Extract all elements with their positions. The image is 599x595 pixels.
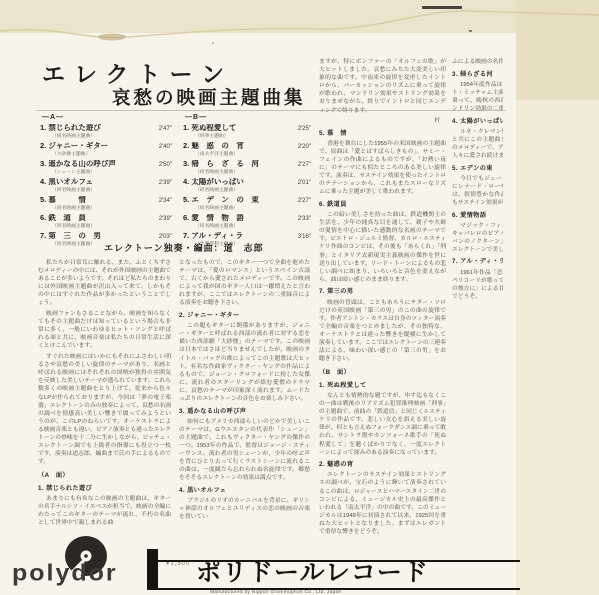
liner-notes-column-1: 私たちが日常耳に触れる、また、ふとくちずさむメロディーの中には、それが外国映画の… <box>38 259 171 545</box>
track-source: （南太平洋主題曲） <box>195 152 311 158</box>
track-source: （同名映画主題曲） <box>195 224 311 230</box>
ink-dash-mark <box>422 6 462 9</box>
track-source: （同名映画主題曲） <box>195 170 311 176</box>
track-title: 3. 遥かなる山の呼び声 <box>40 160 116 169</box>
track-time: 2'39" <box>159 178 172 188</box>
notes-paragraph: 映画ファンもさることながら、映画を知らなくてもその主題曲だけは知っているという場… <box>38 310 171 350</box>
clipped-text-block: ふによる映画の名作のテーマです。 3. 帰らざる河 1954年度作品はマリリン・… <box>452 58 503 301</box>
paper-speck <box>212 42 214 44</box>
performer-credit: エレクトーン独奏・編曲：道 志郎 <box>104 241 264 254</box>
track-row: 1. 禁じられた遊び2'47" （同名映画主題曲） <box>40 124 172 140</box>
track-source: （同名映画主題曲） <box>195 188 311 194</box>
notes-track-heading: 7. アル・ディ・ラ <box>452 258 503 266</box>
track-title: 4. 太陽がいっぱい <box>183 178 244 187</box>
liner-notes-column-2: となったもので、このギター一つで全曲を進めたテーマは、「愛のロマンス」というスペ… <box>179 259 310 559</box>
notes-track-heading: 5. エデンの東 <box>452 165 503 173</box>
notes-paragraph: 香港を舞台にした1955年の米国映画の主題曲で、原曲は「愛とはすばらしきもの」。… <box>319 140 446 197</box>
track-source: （同名映画主題曲） <box>52 206 172 212</box>
notes-side-heading: （A 面） <box>38 472 171 480</box>
track-title: 5. 慕 情 <box>40 196 86 205</box>
notes-paragraph: 1961年作品「恋愛専科」の中で、エミリオ・ペリコーリが歌って大ヒット。中に綴ら… <box>452 269 503 301</box>
track-title: 2. ジャニー・ギター <box>40 142 108 151</box>
notes-track-heading: 7. 第三の男 <box>319 288 446 296</box>
notes-track-heading: 1. 禁じられた遊び <box>38 485 171 493</box>
track-time: 2'01" <box>298 178 311 188</box>
notes-paragraph: となったもので、このギター一つで全曲を進めたテーマは、「愛のロマンス」というスペ… <box>179 259 310 308</box>
track-row: 4. 太陽がいっぱい2'01" （同名映画主題曲） <box>183 178 311 194</box>
side-a-label: ―A― <box>42 114 172 121</box>
record-jacket-back: エレクトーン 哀愁の映画主題曲集 ―A― 1. 禁じられた遊び2'47" （同名… <box>0 0 599 595</box>
track-time: 2'34" <box>159 196 172 206</box>
notes-track-heading: 3. 帰らざる河 <box>452 71 503 79</box>
track-title: 7. アル・ディ・ラ <box>183 232 243 241</box>
track-time: 2'50" <box>159 160 172 170</box>
label-name-banner: ポリドールレコード <box>196 560 520 586</box>
track-source: （同名映画主題曲） <box>195 206 311 212</box>
side-b-label: ―B― <box>185 114 311 121</box>
track-title: 1. 死ぬ程愛して <box>183 124 236 133</box>
notes-track-heading: 3. 遥かなる山の呼び声 <box>179 408 310 416</box>
track-row: 3. 遥かなる山の呼び声2'50" （シェーン主題曲） <box>40 160 172 176</box>
track-time: 2'40" <box>159 142 172 152</box>
track-row: 2. 魅 惑 の 宵2'20" （南太平洋主題曲） <box>183 142 311 158</box>
notes-paragraph: ブラジルのリオのカーニバルを背景に、ギリシャ神話のオルフェとユリディスの恋の映画… <box>179 497 310 521</box>
polydor-logo-wordmark: polydor <box>12 560 118 587</box>
album-subtitle: 哀愁の映画主題曲集 <box>112 84 306 110</box>
banner-left-bar <box>147 549 158 590</box>
liner-notes-column-3: ますが、特にボンファーの「オルフェの歌」が大ヒットしました。哀愁にみちた大変美し… <box>319 58 446 557</box>
track-time: 2'20" <box>298 142 311 152</box>
track-row: 6. 愛 情 物 語2'33" （同名映画主題曲） <box>183 214 311 230</box>
track-row: 2. ジャニー・ギター2'40" （大砂塵主題曲） <box>40 142 172 158</box>
track-time: 2'27" <box>298 160 311 170</box>
track-source: （同名映画主題曲） <box>52 188 172 194</box>
track-time: 2'39" <box>159 214 172 224</box>
jacket-top-border <box>0 0 516 33</box>
notes-track-heading: 6. 愛情物語 <box>452 212 503 220</box>
track-row: 5. エ デ ン の 東2'27" （同名映画主題曲） <box>183 196 311 212</box>
track-title: 2. 魅 惑 の 宵 <box>183 142 244 151</box>
writer-mark: 村 <box>319 117 446 125</box>
notes-paragraph: ルネ・クレマン監督の同名映画の主題。映画と共にこの主題曲まで愛されたニーノ・ロー… <box>452 128 503 160</box>
ink-speck <box>469 30 472 32</box>
track-time: 2'25" <box>298 124 311 134</box>
track-title: 7. 第 三 の 男 <box>40 232 101 241</box>
track-time: 2'33" <box>298 214 311 224</box>
side-a-tracklist: ―A― 1. 禁じられた遊び2'47" （同名映画主題曲） 2. ジャニー・ギタ… <box>40 114 172 248</box>
notes-track-heading: 4. 太陽がいっぱい <box>452 118 503 126</box>
side-b-tracklist: ―B― 1. 死ぬ程愛して2'25" （刑事主題曲） 2. 魅 惑 の 宵2'2… <box>183 114 311 248</box>
liner-notes-column-4: ふによる映画の名作のテーマです。 3. 帰らざる河 1954年度作品はマリリン・… <box>452 58 503 536</box>
notes-paragraph: すぐれた映画にはいかにもそれにふさわしい明るさや哀愁の美しい旋律のテーマがあり、… <box>38 353 171 466</box>
notes-track-heading: 1. 死ぬ程愛して <box>319 382 446 390</box>
track-title: 6. 鉄 道 員 <box>40 214 86 223</box>
track-time: 3'16" <box>298 232 311 242</box>
track-title: 6. 愛 情 物 語 <box>183 214 244 223</box>
notes-track-heading: 2. 魅惑の宵 <box>319 461 446 469</box>
track-row: 3. 帰 ら ざ る 河2'27" （同名映画主題曲） <box>183 160 311 176</box>
track-row: 6. 鉄 道 員2'39" （同名映画主題曲） <box>40 214 172 230</box>
jacket-top-right-corner <box>516 0 599 100</box>
notes-paragraph: ふによる映画の名作のテーマです。 <box>452 58 503 66</box>
notes-paragraph: 映画の冒頭は、こともあろうにチター・ソロだけの英国映画「第三の男」のこの曲の旋律… <box>319 299 446 364</box>
notes-track-heading: 5. 慕 情 <box>319 130 446 138</box>
track-time: 2'27" <box>298 196 311 206</box>
notes-paragraph: 如何にもアメリカ西部らしいのどかで美しいこのテーマは、Gウエスタンの代表作「シェ… <box>179 418 310 483</box>
notes-paragraph: この題もギターに関係がありますが、ジョニー・ギターと呼ばれる西部の流れ者に対する… <box>179 322 310 403</box>
notes-track-heading: 2. ジャニー・ギター <box>179 312 310 320</box>
track-row: 5. 慕 情2'34" （同名映画主題曲） <box>40 196 172 212</box>
track-title: 4. 黒いオルフェ <box>40 178 93 187</box>
notes-paragraph: マジック・フィンガーと言われるカーメン・キャバレロのピアノの中を流れるように、「… <box>452 222 503 254</box>
track-row: 4. 黒いオルフェ2'39" （同名映画主題曲） <box>40 178 172 194</box>
manufacturer-line: Manufactured by Nippon Grammophon Co., L… <box>210 590 342 595</box>
track-time: 2'47" <box>159 124 172 134</box>
notes-track-heading: 4. 黒いオルフェ <box>179 487 310 495</box>
track-row: 1. 死ぬ程愛して2'25" （刑事主題曲） <box>183 124 311 140</box>
notes-paragraph: 1954年度作品はマリリン・モンローとロバート・ミッチャム主演です。この曲は特に… <box>452 81 503 113</box>
notes-paragraph: 今日でもジェームス・ディーン・ファンの胸にレナード・ローゼンマンの映画音楽。この… <box>452 175 503 207</box>
notes-track-heading: 6. 鉄道員 <box>319 201 446 209</box>
notes-paragraph: この暗い美しさを持った曲は、鉄道機関士の生活を、少年の純真な目を通して、親子や夫… <box>319 211 446 284</box>
notes-paragraph: 私たちが日常耳に触れる、また、ふとくちずさむメロディーの中には、それが外国映画の… <box>38 259 171 308</box>
track-title: 5. エ デ ン の 東 <box>183 196 259 205</box>
track-source: （シェーン主題曲） <box>52 170 172 176</box>
notes-paragraph: なんとも情熱的な題ですが、申す迄もなくこの一曲は戦後のリアリズム犯罪推理映画「刑… <box>319 392 446 457</box>
track-source: （大砂塵主題曲） <box>52 152 172 158</box>
notes-paragraph: ますが、特にボンファーの「オルフェの歌」が大ヒットしました。哀愁にみちた大変美し… <box>319 58 446 115</box>
track-title: 1. 禁じられた遊び <box>40 124 101 133</box>
notes-side-heading: （B 面） <box>319 369 446 377</box>
track-source: （同名映画主題曲） <box>52 224 172 230</box>
track-source: （同名映画主題曲） <box>52 134 172 140</box>
track-title: 3. 帰 ら ざ る 河 <box>183 160 259 169</box>
track-source: （刑事主題曲） <box>195 134 311 140</box>
notes-paragraph: あまりにも有名なこの映画の主題曲は、ギターの名手ナルシソ・イエペスが担当で、映画… <box>38 495 171 527</box>
notes-paragraph: エレクトーンのサステイン効果とストリングスの調べが、宝石のように輝いて演奏されて… <box>319 471 446 536</box>
